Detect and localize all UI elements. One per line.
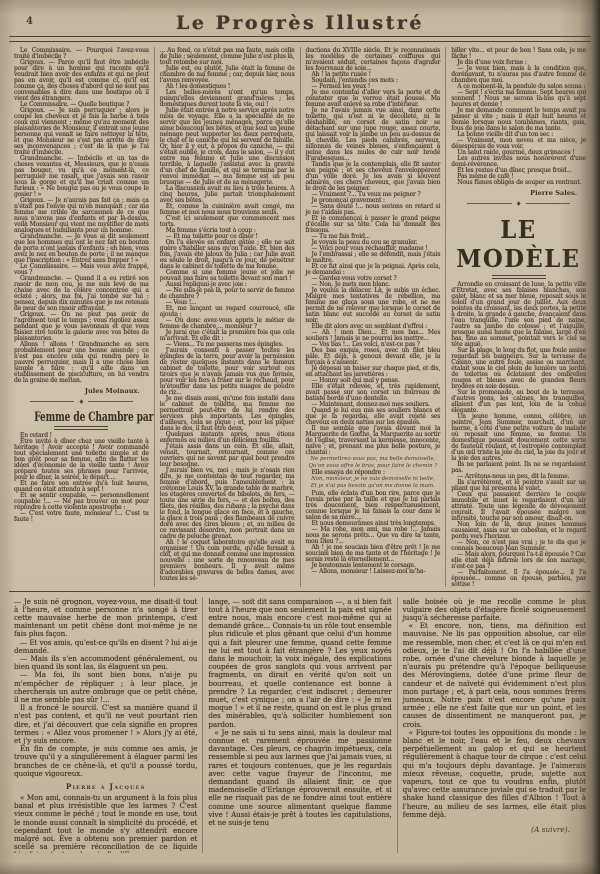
bottom-section: — Je suis né grognon, voyez-vous, me dis… bbox=[9, 597, 591, 853]
paragraph: « Mon ami, connais-tu un argument à la f… bbox=[14, 794, 197, 853]
paragraph: — Allons, monsieur ! Laissez-moi m'ha- bbox=[306, 569, 441, 575]
paragraph: — Ah ! mon Dieu... Et mes bas... Mes sou… bbox=[306, 330, 441, 342]
paragraph: Je me demande comment le temps avait pu … bbox=[451, 108, 586, 132]
paragraph: Allons ! allons ! Grandmanche en sera pr… bbox=[14, 342, 149, 384]
paragraph: Je ne l'avais jamais vue ainsi, dans cet… bbox=[306, 108, 441, 162]
paragraph: — Vraiment, mon neveu et ma nièce, je dé… bbox=[451, 138, 586, 150]
paragraph: salle boisée où je me recolle comme le p… bbox=[403, 598, 586, 623]
text-column: — Je suis né grognon, voyez-vous, me dis… bbox=[9, 597, 202, 853]
paragraph: — C'est votre faute, monsieur !... C'est… bbox=[14, 511, 149, 523]
paragraph: Il me sembla que j'avais devant moi la M… bbox=[306, 426, 441, 456]
verse-line: Ne permettrez-vous pas, ma belle demoise… bbox=[306, 457, 441, 463]
paragraph: Grigoux. — Je suis perruquier ; alors je… bbox=[14, 108, 149, 156]
paragraph: — Ma robe, mon ami, ma robe !... Jamais … bbox=[306, 527, 441, 545]
paragraph: — Je veux bien, mais à la condition que,… bbox=[451, 66, 586, 84]
ornament-divider: ♦ bbox=[30, 398, 133, 406]
paragraph: — Sans doute !... nous serions en retard… bbox=[306, 204, 441, 216]
paragraph: Elle s'était relevée, et, très rapidemen… bbox=[306, 384, 441, 402]
signature: Jules Moinaux. bbox=[14, 387, 149, 395]
text-column: lange, — soit dit sans comparaison —, a … bbox=[202, 597, 396, 853]
paragraph: biller vite... et pour de bon ! Sans cel… bbox=[451, 48, 586, 60]
paragraph: ... Au fond, ce n'était pas ma faute, ma… bbox=[160, 48, 295, 66]
paragraph: Je me contentai d'aller vers la porte et… bbox=[306, 90, 441, 108]
paragraph: Le Commissaire. — Mais vous avez frappé,… bbox=[14, 264, 149, 276]
paragraph: Non loin de là, deux jeunes hommes causa… bbox=[451, 522, 586, 540]
paragraph: Arrondie en croissant de lune, la petite… bbox=[451, 282, 586, 348]
paragraph: « Et encore, non, tiens, ma définition e… bbox=[403, 622, 586, 729]
paragraph: — Ma foi, ils sont bien bons, n'ai-je pu… bbox=[14, 671, 197, 704]
paragraph: Je l'embrassai ; elle se défendit, mais … bbox=[306, 252, 441, 264]
ornament-divider: ♦ bbox=[467, 200, 570, 208]
paragraph: Tandis que je la contemplais, elle fit s… bbox=[306, 162, 441, 192]
paragraph: — Où donc avez-vous appris le métier de … bbox=[160, 318, 295, 330]
paragraph: Sur la promenade, au bout de la terrasse… bbox=[451, 390, 586, 414]
paragraph: J'aurais bien vu, moi ; mais je n'osais … bbox=[160, 468, 295, 540]
letter-subhead: Pierre à Jacques bbox=[14, 782, 197, 791]
paragraph: Sur la plage, le long du flot, une foule… bbox=[451, 348, 586, 390]
paragraph: Puis, elle éclata d'un bon rire, parce q… bbox=[306, 491, 441, 521]
paragraph: Et ce fut ainsi que je la peignai. Après… bbox=[306, 264, 441, 276]
paragraph: Et se sentir coupable, — personnellement… bbox=[14, 493, 149, 511]
paragraph: — Ne suis-je pas là, pour te servir de f… bbox=[160, 288, 295, 300]
paragraph: Julie est, ou plutôt, Julie était la fem… bbox=[160, 66, 295, 84]
paragraph: Je voulus la délacer. Là, je subis un éc… bbox=[306, 288, 441, 324]
top-section: Le Commissaire. — Pourquoi l'avez-vous t… bbox=[9, 47, 591, 587]
paragraph: On l'a élevée en enfant gâtée ; elle ne … bbox=[160, 240, 295, 270]
paragraph: Ah ! je me souciais bien d'être prêt ! J… bbox=[306, 545, 441, 563]
paragraph: Je déposai un baiser sur chaque pied, et… bbox=[306, 366, 441, 378]
header-rule bbox=[9, 36, 591, 42]
story-headline: Femme de Chambre par intérim bbox=[34, 410, 128, 425]
text-column: ... Au fond, ce n'était pas ma faute, ma… bbox=[154, 47, 300, 587]
text-column: ductions du XVIIIe siècle. Et je reconna… bbox=[300, 47, 446, 587]
paragraph: Les autres invités nous honorèrent d'une… bbox=[451, 156, 586, 168]
paragraph: — Et vos amis, qu'est-ce qu'ils en disen… bbox=[14, 639, 197, 655]
paragraph: Grandmanche. — Quand il a eu retiré son … bbox=[14, 276, 149, 312]
paragraph: « Je ne sais si tu sens ainsi, mais la d… bbox=[208, 729, 391, 827]
headline-rule bbox=[54, 426, 108, 430]
paragraph: Des bas exquis, roses, avec un filet ble… bbox=[306, 348, 441, 366]
paragraph: Je me disais aussi, qu'une fois installé… bbox=[160, 396, 295, 432]
masthead-title: Le Progrès Illustré bbox=[0, 12, 600, 34]
text-column: Le Commissaire. — Pourquoi l'avez-vous t… bbox=[9, 47, 154, 587]
section-headline: LE MODÈLE bbox=[455, 215, 583, 273]
paragraph: Nous fûmes obligés de souper en rentrant… bbox=[451, 180, 586, 186]
page-number: 4 bbox=[26, 16, 33, 27]
headline-rule bbox=[492, 275, 546, 279]
paragraph: Quand je lui eus mis ses souliers blancs… bbox=[306, 408, 441, 426]
paragraph: — Sept ! s'écria ma femme. Sept heures q… bbox=[451, 90, 586, 108]
paragraph: Grigoux. — Parce qu'il faut être imbécil… bbox=[14, 60, 149, 102]
newspaper-page: 4 Le Progrès Illustré Le Commissaire. — … bbox=[0, 0, 600, 874]
paragraph: Comme si une femme jeune et jolie ne pou… bbox=[160, 270, 295, 282]
section-divider-rule bbox=[9, 591, 591, 592]
paragraph: Grigoux. — On ne peut pas avoir de l'agr… bbox=[14, 312, 149, 342]
text-column: biller vite... et pour de bon ! Sans cel… bbox=[445, 47, 591, 587]
to-be-continued: (A suivre). bbox=[403, 825, 586, 834]
paragraph: J'aurais consenti à passer toutes les ép… bbox=[160, 348, 295, 396]
paragraph: Julie était entrée à notre service après… bbox=[160, 108, 295, 186]
paragraph: — Parfaitement. Il l'a épousée... il l'a… bbox=[451, 570, 586, 587]
paragraph: J'étais assis dans un coin. Et elle, all… bbox=[160, 444, 295, 468]
paragraph: Les belles-mères n'ont qu'un temps, puis… bbox=[160, 90, 295, 108]
paragraph: Et je commençai à passer le grand peigne… bbox=[306, 216, 441, 234]
paragraph: Ceux qui passaient derrière le couple im… bbox=[451, 492, 586, 522]
paragraph: Il a froncé le sourcil. C'est sa manière… bbox=[14, 704, 197, 745]
paragraph: Grigoux. — Je n'aurais pas fait ça ; mai… bbox=[14, 198, 149, 234]
paragraph: Quelques instants après, nous étions enf… bbox=[160, 432, 295, 444]
paragraph: Et, me lançant un regard courroucé, elle… bbox=[160, 306, 295, 318]
paragraph: ductions du XVIIIe siècle. Et je reconna… bbox=[306, 48, 441, 72]
paragraph: — Je suis né grognon, voyez-vous, me dis… bbox=[14, 598, 197, 639]
paragraph: Ah ! le coquet laboratoire qu'elle avait… bbox=[160, 540, 295, 582]
paragraph: Et, comme la cuisinière avait congé, ma … bbox=[160, 204, 295, 216]
text-column: salle boisée où je me recolle comme le p… bbox=[397, 597, 591, 853]
paragraph: — Mais ils s'en accommodent généralement… bbox=[14, 655, 197, 671]
paragraph: « Figure-toi toutes les oppositions du m… bbox=[403, 729, 586, 819]
paragraph: Un jeune homme, connu, célèbre, un peint… bbox=[451, 414, 586, 462]
paragraph: C'est ici seulement que commencent mes t… bbox=[160, 216, 295, 228]
paragraph: Être invité à dîner chez une vieille tan… bbox=[14, 439, 149, 481]
paragraph: Grandmanche. — Imbécile et un tas de cho… bbox=[14, 156, 149, 198]
paragraph: La discussion avait eu lieu à trois heur… bbox=[160, 186, 295, 204]
paragraph: En fin de compte, je suis comme ses amis… bbox=[14, 745, 197, 778]
paragraph: lange, — soit dit sans comparaison —, a … bbox=[208, 598, 391, 729]
paragraph: Grandmanche. — Je vous ai dit seulement … bbox=[14, 234, 149, 264]
paragraph: Je jurai que c'était la première fois qu… bbox=[160, 330, 295, 342]
paragraph: — Mais alors, pourquoi l'a-t-il épousée … bbox=[451, 552, 586, 570]
paragraph: Le Commissaire. — Pourquoi l'avez-vous t… bbox=[14, 48, 149, 60]
signature: Pierre Sales. bbox=[451, 189, 586, 197]
